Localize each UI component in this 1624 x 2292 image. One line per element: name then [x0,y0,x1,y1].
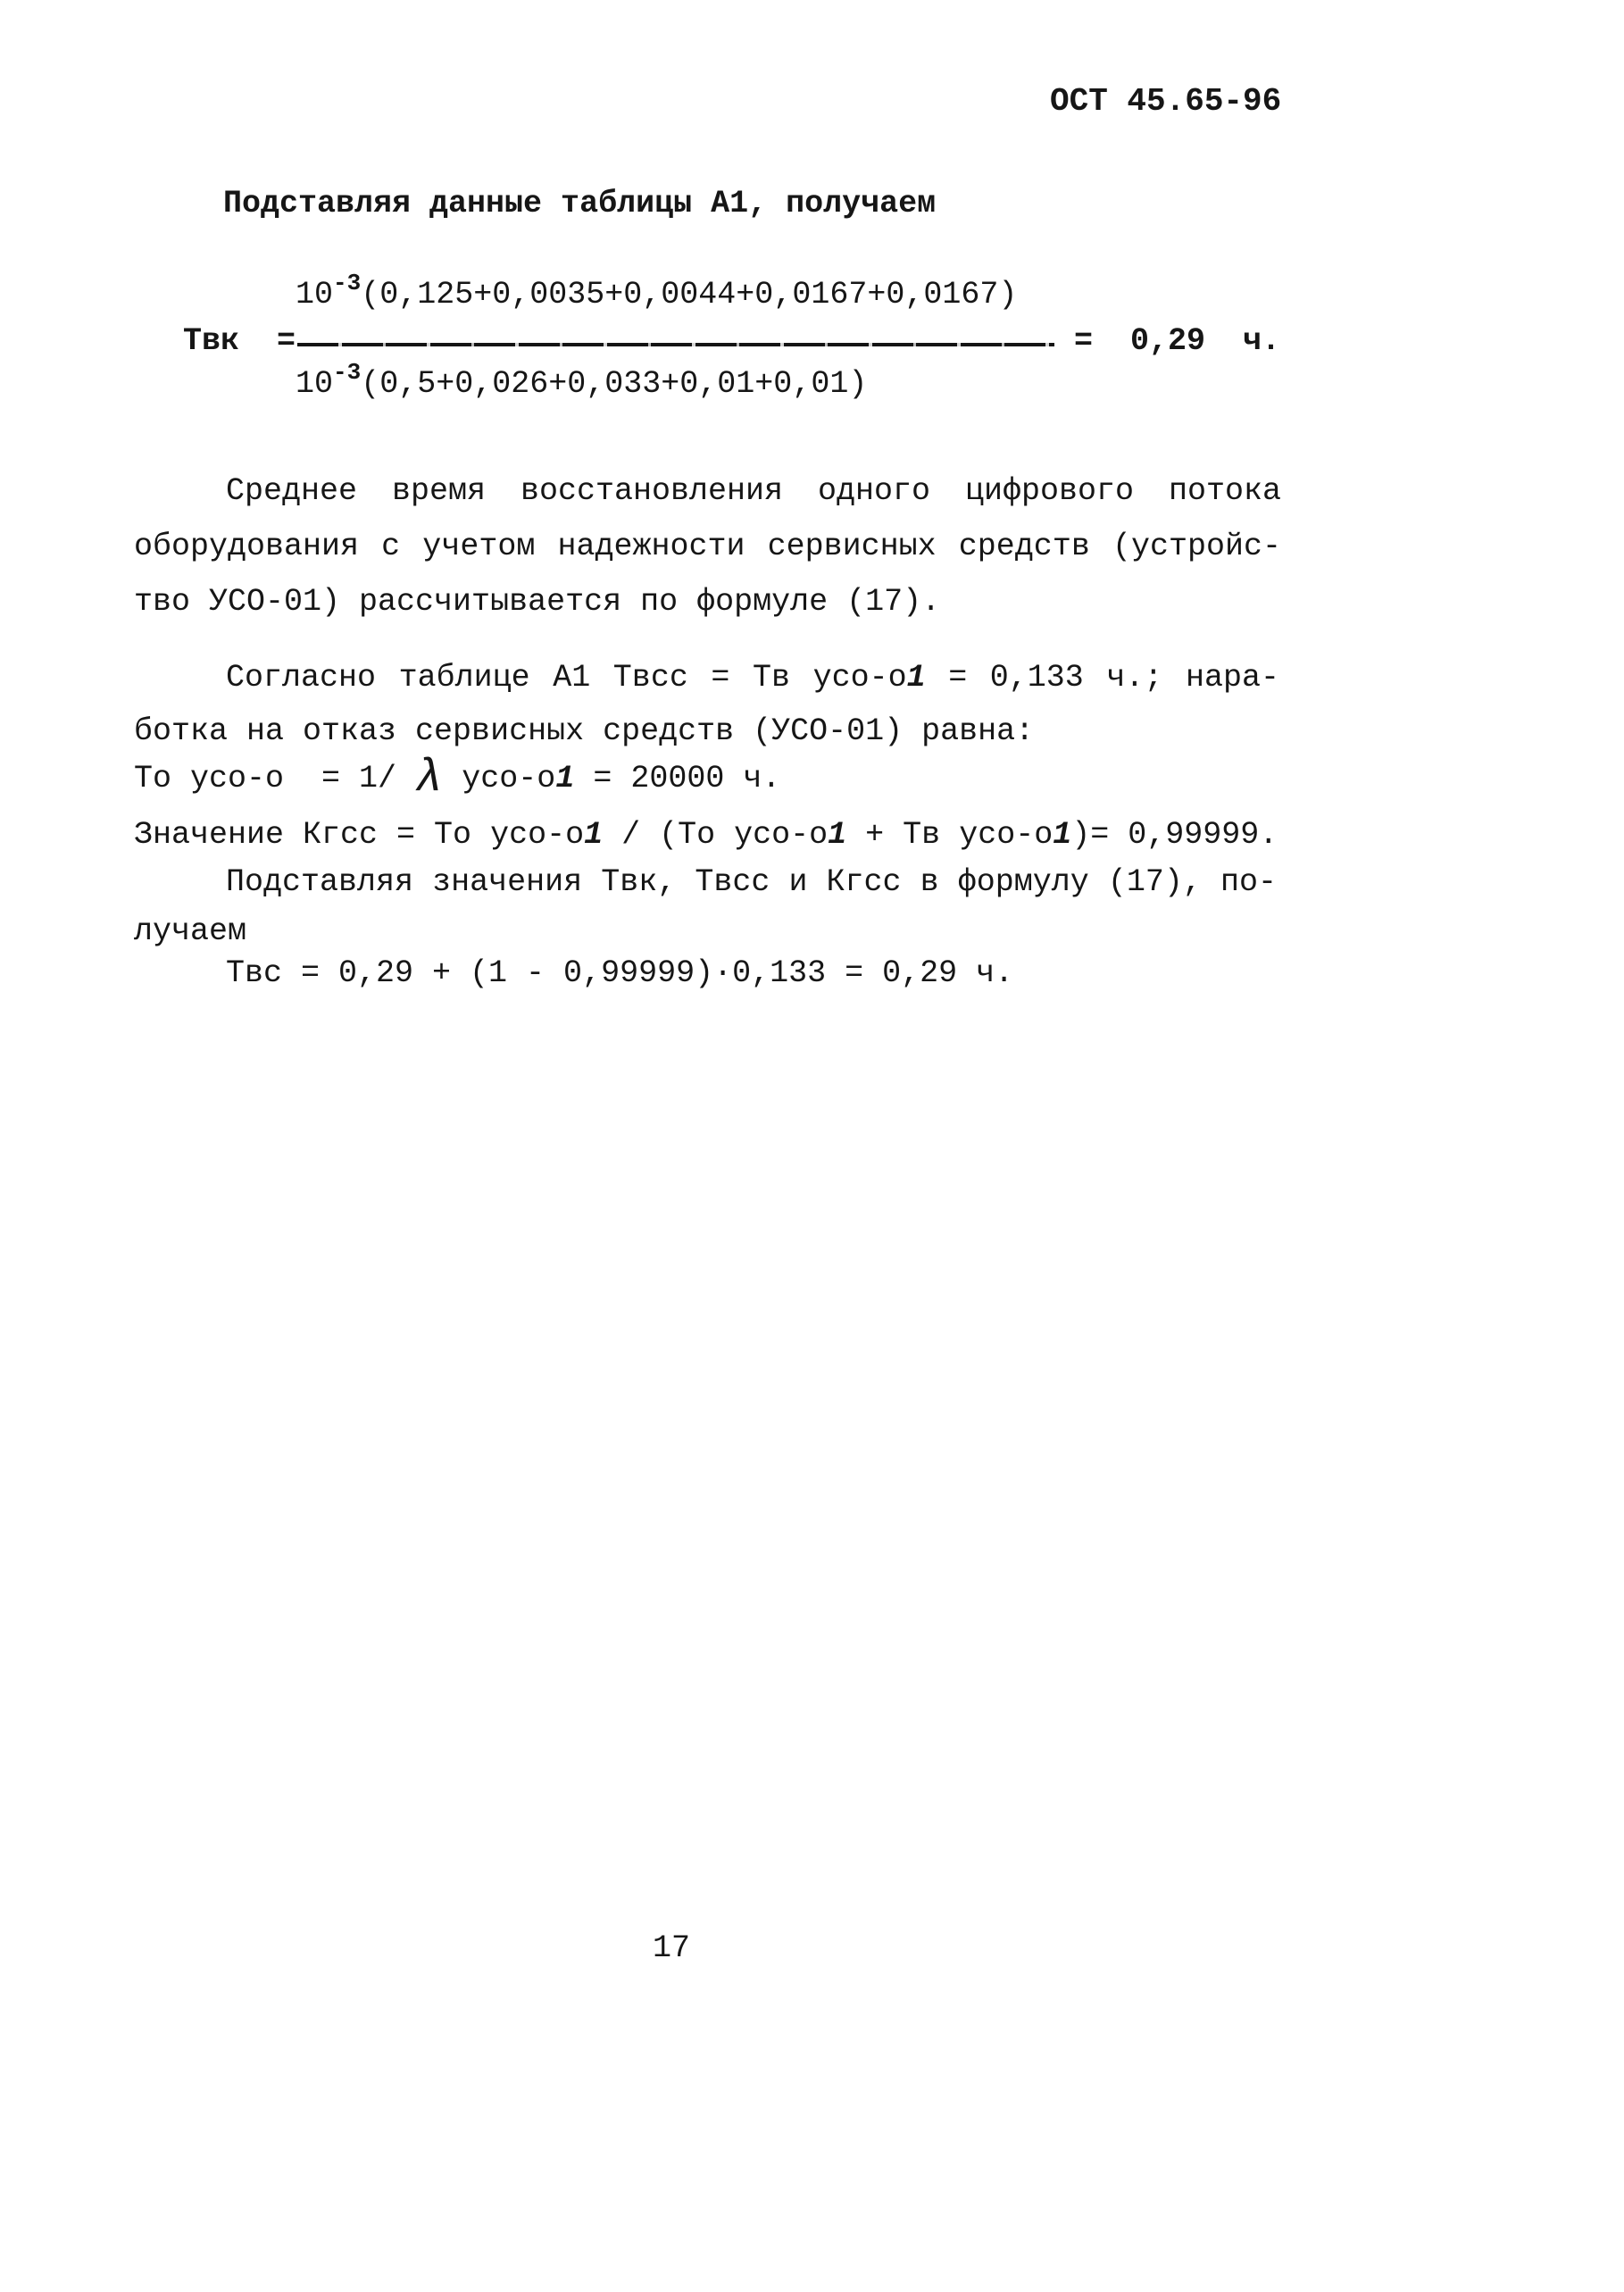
paragraph3-line1: Согласно таблице А1 Твсс = Тв усо-о1 = 0… [226,658,1279,697]
document-page: ОСТ 45.65-96 Подставляя данные таблицы А… [0,0,1624,2292]
line4-text-end: )= 0,99999. [1071,817,1278,853]
paragraph2-line2: оборудования с учетом надежности сервисн… [134,527,1281,566]
line3-text-mid: усо-о [443,761,555,796]
line1-text: Согласно таблице А1 Твсс = Тв усо-о [226,660,907,696]
paragraph2-line1: Среднее время восстановления одного цифр… [226,471,1281,511]
denominator-base: 10 [296,366,333,402]
index-one: 1 [584,817,603,853]
formula-numerator: 10-3(0,125+0,0035+0,0044+0,0167+0,0167) [296,275,1017,316]
numerator-base: 10 [296,277,333,313]
page-number: 17 [653,1929,690,1968]
denominator-exponent: -3 [333,353,361,392]
line3-text-end: = 20000 ч. [574,761,780,796]
paragraph3-line3: То усо-о = 1/ λ усо-о1 = 20000 ч. [134,759,780,798]
lambda-symbol: λ [415,752,443,804]
paragraph3-line4: Значение Кгсс = То усо-о1 / (То усо-о1 +… [134,815,1278,854]
paragraph2-line3: тво УСО-01) рассчитывается по формуле (1… [134,582,940,621]
formula-lhs: Твк = [183,321,296,361]
index-one: 1 [555,761,574,796]
fraction-bar [297,343,1054,346]
line4-text: Значение Кгсс = То усо-о [134,817,584,853]
formula-result: = 0,29 ч. [1074,321,1280,361]
paragraph3-line6: лучаем [134,912,246,951]
numerator-sum: (0,125+0,0035+0,0044+0,0167+0,0167) [361,277,1017,313]
paragraph3-line2: ботка на отказ сервисных средств (УСО-01… [134,712,1034,751]
paragraph3-line7: Твс = 0,29 + (1 - 0,99999)·0,133 = 0,29 … [226,954,1013,993]
line4-text: / (То усо-о [603,817,828,853]
line3-text: То усо-о = 1/ [134,761,415,796]
numerator-exponent: -3 [333,263,361,303]
paragraph3-line5: Подставляя значения Твк, Твсс и Кгсс в ф… [226,863,1277,902]
paragraph-intro: Подставляя данные таблицы А1, получаем [223,184,936,223]
index-one: 1 [1053,817,1071,853]
formula-denominator: 10-3(0,5+0,026+0,033+0,01+0,01) [296,364,867,405]
denominator-sum: (0,5+0,026+0,033+0,01+0,01) [361,366,867,402]
index-one: 1 [907,660,926,696]
standard-reference: ОСТ 45.65-96 [1050,82,1281,121]
line4-text: + Тв усо-о [846,817,1053,853]
line1-text-end: = 0,133 ч.; нара- [926,660,1279,696]
index-one: 1 [828,817,846,853]
